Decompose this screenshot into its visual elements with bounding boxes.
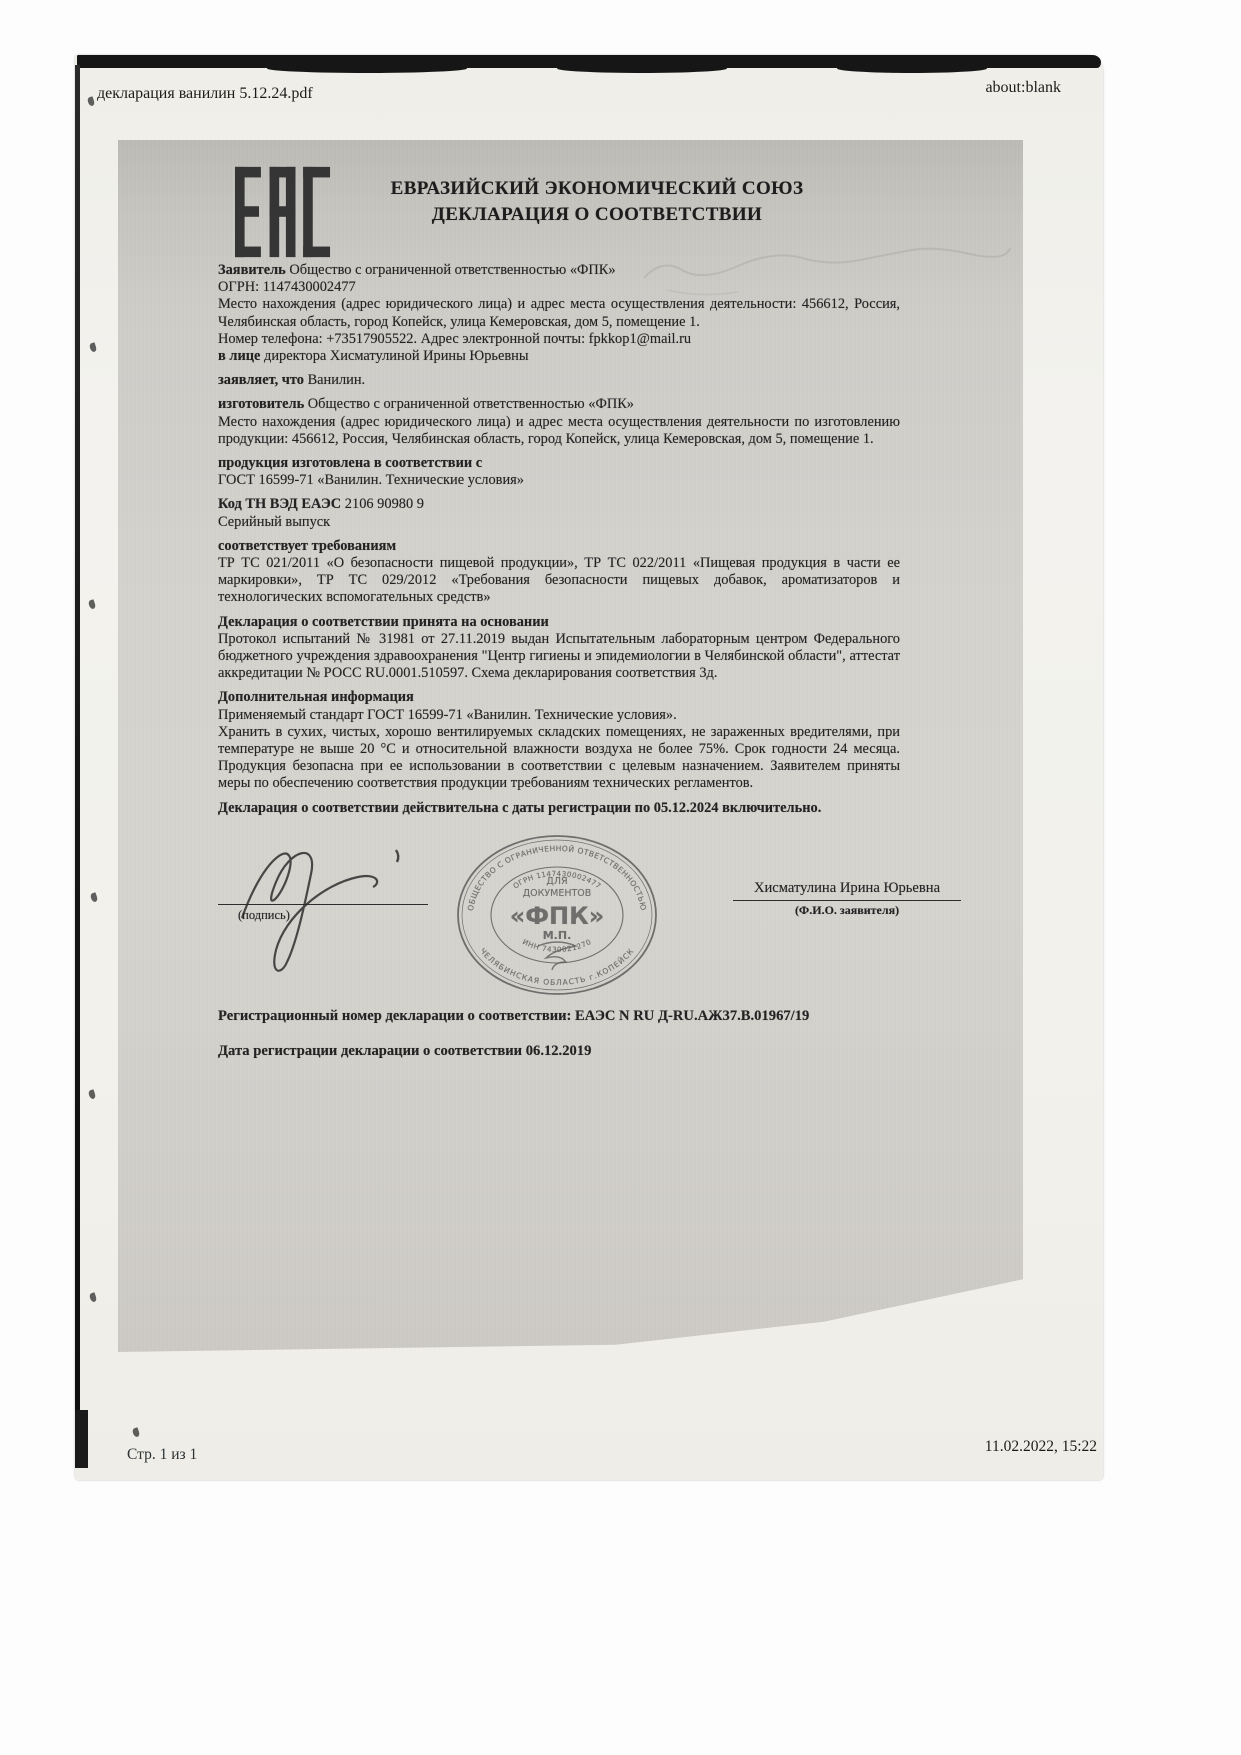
- declares-label: заявляет, что: [218, 372, 304, 388]
- scan-artifact: [88, 1089, 96, 1099]
- stamp-center-line2: ДОКУМЕНТОВ: [523, 888, 592, 899]
- fio-caption: (Ф.И.О. заявителя): [733, 903, 961, 918]
- scan-artifact: [87, 96, 95, 106]
- title-line-1: ЕВРАЗИЙСКИЙ ЭКОНОМИЧЕСКИЙ СОЮЗ: [357, 176, 837, 202]
- basis-value: Протокол испытаний № 31981 от 27.11.2019…: [218, 631, 900, 681]
- applicant-address: Место нахождения (адрес юридического лиц…: [218, 296, 900, 329]
- additional-info-label: Дополнительная информация: [218, 689, 414, 705]
- applicant-paragraph: Заявитель Общество с ограниченной ответс…: [218, 262, 900, 365]
- additional-info-storage: Хранить в сухих, чистых, хорошо вентилир…: [218, 724, 900, 792]
- fio-name: Хисматулина Ирина Юрьевна: [733, 880, 961, 897]
- scan-corner-mark: [75, 1410, 88, 1468]
- registration-number-line: Регистрационный номер декларации о соотв…: [218, 1008, 960, 1025]
- registration-date-line: Дата регистрации декларации о соответств…: [218, 1043, 960, 1060]
- print-footer-page-info: Стр. 1 из 1: [127, 1446, 197, 1464]
- complies-label: соответствует требованиям: [218, 538, 396, 554]
- manufacturer-address: Место нахождения (адрес юридического лиц…: [218, 414, 900, 447]
- scan-edge-top: [77, 55, 1101, 68]
- accordance-value: ГОСТ 16599-71 «Ванилин. Технические усло…: [218, 472, 524, 488]
- applicant-person: директора Хисматулиной Ирины Юрьевны: [260, 348, 528, 364]
- stamp-company-name: «ФПК»: [510, 902, 605, 930]
- manufacturer-paragraph: изготовитель Общество с ограниченной отв…: [218, 396, 900, 448]
- basis-paragraph: Декларация о соответствии принята на осн…: [218, 614, 900, 683]
- declares-paragraph: заявляет, что Ванилин.: [218, 372, 900, 389]
- tnved-code: 2106 90980 9: [341, 496, 424, 512]
- applicant-contacts: Номер телефона: +73517905522. Адрес элек…: [218, 331, 691, 347]
- additional-info-standard: Применяемый стандарт ГОСТ 16599-71 «Вани…: [218, 707, 677, 723]
- print-footer-timestamp: 11.02.2022, 15:22: [985, 1438, 1097, 1456]
- declaration-body: Заявитель Общество с ограниченной ответс…: [218, 262, 900, 824]
- tnved-label: Код ТН ВЭД ЕАЭС: [218, 496, 341, 512]
- scan-artifact: [89, 342, 97, 352]
- scanned-page: декларация ванилин 5.12.24.pdf about:bla…: [75, 55, 1103, 1480]
- manufacturer-label: изготовитель: [218, 396, 304, 412]
- print-header-filename: декларация ванилин 5.12.24.pdf: [97, 85, 313, 103]
- document-page-number: 1: [974, 1296, 981, 1313]
- applicant-label: Заявитель: [218, 262, 286, 278]
- stamp-mp-text: М.П.: [543, 929, 572, 942]
- complies-paragraph: соответствует требованиям ТР ТС 021/2011…: [218, 538, 900, 607]
- print-header-url: about:blank: [985, 79, 1061, 97]
- fio-area: Хисматулина Ирина Юрьевна (Ф.И.О. заявит…: [733, 880, 961, 918]
- document-title: ЕВРАЗИЙСКИЙ ЭКОНОМИЧЕСКИЙ СОЮЗ ДЕКЛАРАЦИ…: [357, 176, 837, 228]
- complies-value: ТР ТС 021/2011 «О безопасности пищевой п…: [218, 555, 900, 605]
- fio-line: [733, 900, 961, 901]
- signature-caption: (подпись): [238, 908, 290, 923]
- basis-label: Декларация о соответствии принята на осн…: [218, 614, 549, 630]
- signature-scribble: [226, 822, 426, 982]
- screenshot-root: декларация ванилин 5.12.24.pdf about:bla…: [0, 0, 1241, 1755]
- accordance-label: продукция изготовлена в соответствии с: [218, 455, 482, 471]
- scan-artifact: [88, 599, 96, 609]
- declaration-photocopy: ЕВРАЗИЙСКИЙ ЭКОНОМИЧЕСКИЙ СОЮЗ ДЕКЛАРАЦИ…: [118, 140, 1023, 1352]
- signature-block: (подпись) ОБЩЕСТВО С ОГ: [218, 840, 960, 1022]
- scan-artifact: [89, 1292, 97, 1302]
- validity-text: Декларация о соответствии действительна …: [218, 800, 821, 816]
- additional-info-paragraph: Дополнительная информация Применяемый ст…: [218, 689, 900, 792]
- stamp-center-line1: ДЛЯ: [546, 876, 567, 887]
- scan-artifact: [132, 1427, 140, 1437]
- scan-edge-left: [75, 65, 80, 1466]
- tnved-issue-type: Серийный выпуск: [218, 514, 330, 530]
- accordance-paragraph: продукция изготовлена в соответствии с Г…: [218, 455, 900, 489]
- eac-logo-icon: [235, 166, 331, 258]
- title-line-2: ДЕКЛАРАЦИЯ О СООТВЕТСТВИИ: [357, 202, 837, 228]
- scan-artifact: [90, 892, 98, 902]
- declares-value: Ванилин.: [304, 372, 365, 388]
- signature-line: [218, 904, 428, 905]
- company-stamp: ОБЩЕСТВО С ОГРАНИЧЕННОЙ ОТВЕТСТВЕННОСТЬЮ…: [446, 822, 668, 1008]
- applicant-ogrn: ОГРН: 1147430002477: [218, 279, 356, 295]
- applicant-person-label: в лице: [218, 348, 260, 364]
- manufacturer-name: Общество с ограниченной ответственностью…: [304, 396, 634, 412]
- validity-paragraph: Декларация о соответствии действительна …: [218, 800, 900, 817]
- applicant-name: Общество с ограниченной ответственностью…: [286, 262, 616, 278]
- tnved-paragraph: Код ТН ВЭД ЕАЭС 2106 90980 9 Серийный вы…: [218, 496, 900, 530]
